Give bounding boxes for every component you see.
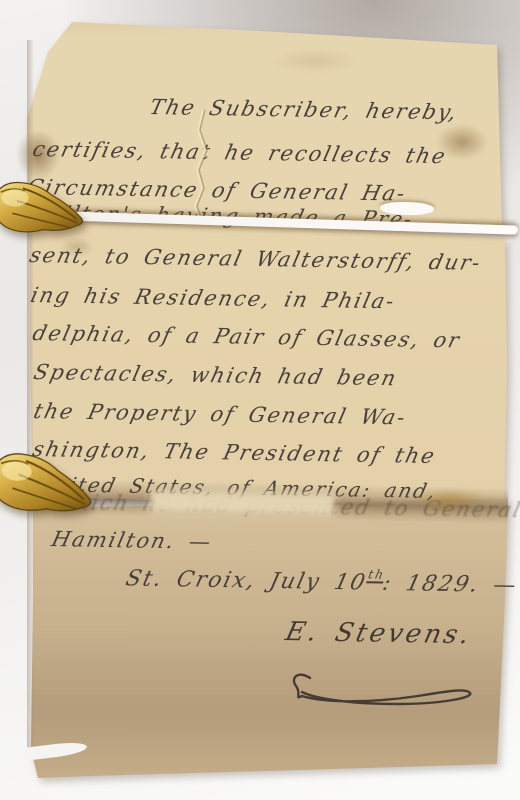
gilded-hand-paperweight-bottom [0,440,103,532]
manuscript-line-9: the Property of General Wa- [34,400,407,430]
manuscript-line-5: sent, to General Walterstorff, dur- [30,244,482,275]
fold-worn-patch [150,490,335,516]
manuscript-line-6: ing his Residence, in Phila- [31,284,396,313]
manuscript-line-7: delphia, of a Pair of Glasses, or [33,322,461,353]
manuscript-line-8: Spectacles, which had been [34,361,398,390]
gilded-hand-paperweight-top [0,172,90,247]
fold-stain [412,488,488,512]
paper-crack [190,108,216,222]
manuscript-line-13: Hamilton. — [52,528,213,554]
signature-flourish-icon [288,666,478,712]
manuscript-line-2: certifies, that he recollects the [33,138,447,168]
manuscript-line-15: E. Stevens. [286,618,472,650]
manuscript-line-14: St. Croix, July 10th: 1829. — [126,567,518,598]
